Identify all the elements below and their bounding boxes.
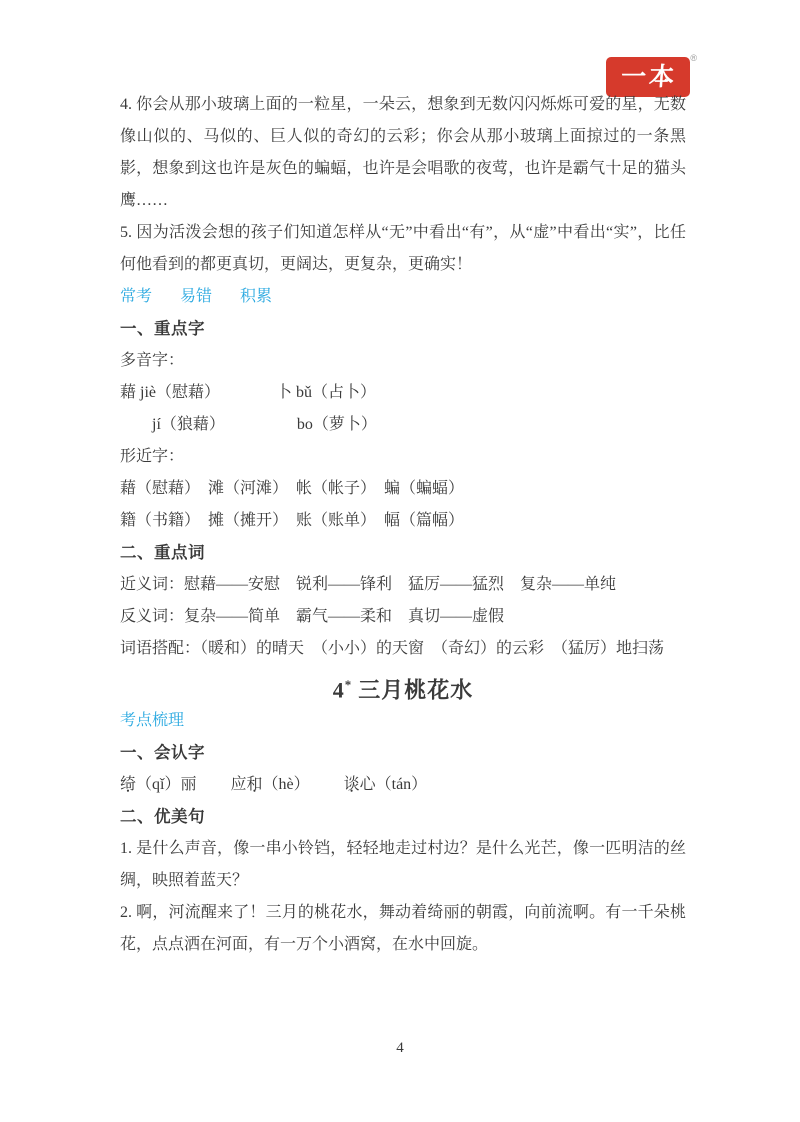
heading-exam-points: 考点梳理 (120, 705, 686, 737)
registered-trademark-icon: ® (690, 53, 697, 63)
document-page: 一本 ® 4. 你会从那小玻璃上面的一粒星，一朵云，想象到无数闪闪烁烁可爱的星，… (0, 0, 800, 1122)
renzi-prefix: 应 (230, 776, 246, 793)
synonyms-row: 近义词：慰藉——安慰 锐利——锋利 猛厉——猛烈 复杂——单纯 (120, 569, 686, 601)
lesson-number: 4 (333, 677, 345, 702)
page-number: 4 (0, 1040, 800, 1057)
tag-yicuo: 易错 (180, 288, 212, 305)
polyphonic-label: 多音字： (120, 345, 686, 377)
polyphonic-row-1: 藉 jiè（慰藉） 卜 bǔ（占卜） (120, 377, 686, 409)
antonyms-row: 反义词：复杂——简单 霸气——柔和 真切——虚假 (120, 601, 686, 633)
similar-characters-row-1: 藉（慰藉） 滩（河滩） 帐（帐子） 蝙（蝙蝠） (120, 473, 686, 505)
characters-to-recognize-row: 绮（qǐ）丽 应和（hè） 谈心（tán） (120, 769, 686, 801)
tags-row: 常考 易错 积累 (120, 281, 686, 313)
similar-characters-label: 形近字： (120, 441, 686, 473)
heading-characters-to-recognize: 一、会认字 (120, 737, 686, 769)
renzi-group-qili: 绮（qǐ）丽 (120, 776, 196, 793)
renzi-rest: 心（tán） (360, 776, 428, 793)
renzi-rest: （qǐ）丽 (136, 776, 196, 793)
word-collocations-row: 词语搭配：（暖和）的晴天 （小小）的天窗 （奇幻）的云彩 （猛厉）地扫荡 (120, 633, 686, 665)
tag-changkao: 常考 (120, 288, 152, 305)
renzi-dotted-char: 谈 (344, 769, 360, 801)
polyphonic-row-2: jí（狼藉） bo（萝卜） (120, 409, 686, 441)
paragraph-sentence-5: 5. 因为活泼会想的孩子们知道怎样从“无”中看出“有”，从“虚”中看出“实”，比… (120, 217, 686, 281)
similar-characters-row-2: 籍（书籍） 摊（摊开） 账（账单） 幅（篇幅） (120, 505, 686, 537)
lesson-title: 4*三月桃花水 (120, 665, 686, 705)
heading-beautiful-sentences: 二、优美句 (120, 801, 686, 833)
renzi-dotted-char: 绮 (120, 769, 136, 801)
renzi-rest: （hè） (263, 776, 310, 793)
renzi-group-yinghe: 应和（hè） (230, 776, 309, 793)
heading-key-words: 二、重点词 (120, 537, 686, 569)
lesson-star-mark: * (345, 677, 353, 692)
beautiful-sentence-1: 1. 是什么声音，像一串小铃铛，轻轻地走过村边？是什么光芒，像一匹明洁的丝绸，映… (120, 833, 686, 897)
heading-key-characters: 一、重点字 (120, 313, 686, 345)
paragraph-sentence-4: 4. 你会从那小玻璃上面的一粒星，一朵云，想象到无数闪闪烁烁可爱的星，无数像山似… (120, 89, 686, 217)
renzi-dotted-char: 和 (246, 769, 262, 801)
page-content: 4. 你会从那小玻璃上面的一粒星，一朵云，想象到无数闪闪烁烁可爱的星，无数像山似… (120, 89, 686, 961)
logo-text: 一本 (618, 65, 678, 90)
tag-jilei: 积累 (240, 288, 272, 305)
renzi-group-tanxin: 谈心（tán） (344, 776, 428, 793)
beautiful-sentence-2: 2. 啊，河流醒来了！三月的桃花水，舞动着绮丽的朝霞，向前流啊。有一千朵桃花，点… (120, 897, 686, 961)
lesson-name: 三月桃花水 (358, 677, 473, 702)
